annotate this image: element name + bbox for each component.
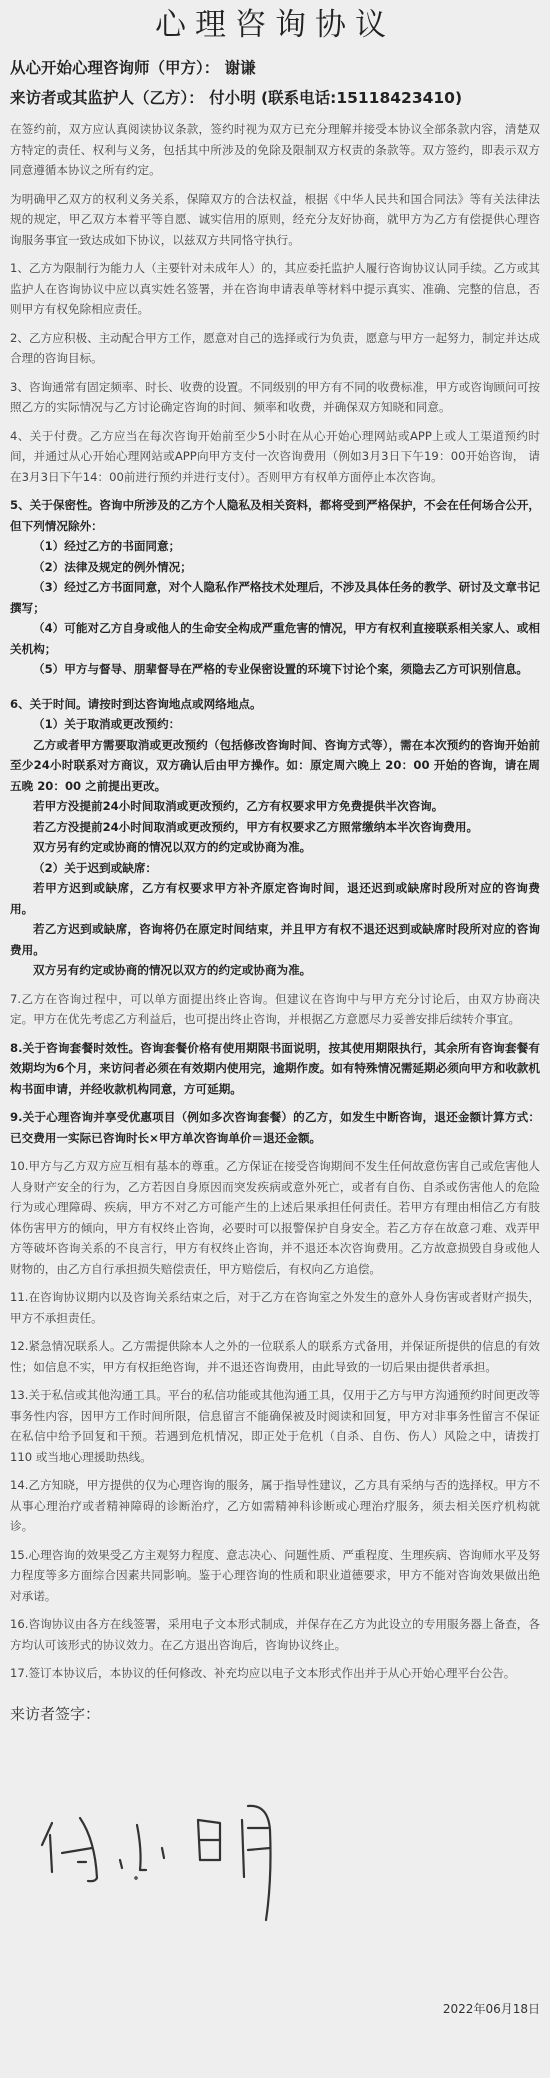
clause-6-sub1-paragraph: 双方另有约定或协商的情况以双方的约定或协商为准。	[10, 837, 540, 858]
clause-5-item: （5）甲方与督导、朋辈督导在严格的专业保密设置的环境下讨论个案，须隐去乙方可识别…	[10, 659, 540, 680]
party-b-client: 来访者或其监护人（乙方）： 付小明 (联系电话:15118423410)	[10, 88, 540, 108]
clause-10: 10.甲方与乙方双方应互相有基本的尊重。乙方保证在接受咨询期间不发生任何故意伤害…	[10, 1156, 540, 1279]
clause-3: 3、咨询通常有固定频率、时长、收费的设置。不同级别的甲方有不同的收费标准，甲方或…	[10, 377, 540, 418]
clause-6-sub2-title: （2）关于迟到或缺席：	[10, 858, 540, 879]
signature-date: 2022年06月18日	[443, 2000, 540, 2017]
clause-5-confidentiality: 5、关于保密性。咨询中所涉及的乙方个人隐私及相关资料，都将受到严格保护，不会在任…	[10, 495, 540, 680]
document-title: 心理咨询协议	[10, 0, 540, 47]
clause-17: 17.签订本协议后，本协议的任何修改、补充均应以电子文本形式作出并于从心开始心理…	[10, 1663, 540, 1684]
clause-1: 1、乙方为限制行为能力人（主要针对未成年人）的，其应委托监护人履行咨询协议认同手…	[10, 258, 540, 320]
clause-8: 8.关于咨询套餐时效性。咨询套餐价格有使用期限书面说明，按其使用期限执行，其余所…	[10, 1038, 540, 1100]
clause-7: 7.乙方在咨询过程中，可以单方面提出终止咨询。但建议在咨询中与甲方充分讨论后，由…	[10, 989, 540, 1030]
clause-13: 13.关于私信或其他沟通工具。平台的私信功能或其他沟通工具，仅用于乙方与甲方沟通…	[10, 1385, 540, 1467]
clause-9: 9.关于心理咨询并享受优惠项目（例如多次咨询套餐）的乙方，如发生中断咨询，退还金…	[10, 1107, 540, 1148]
clause-11: 11.在咨询协议期内以及咨询关系结束之后，对于乙方在咨询室之外发生的意外人身伤害…	[10, 1287, 540, 1328]
clause-2: 2、乙方应积极、主动配合甲方工作，愿意对自己的选择或行为负责，愿意与甲方一起努力…	[10, 328, 540, 369]
clause-6-sub2-paragraph: 双方另有约定或协商的情况以双方的约定或协商为准。	[10, 960, 540, 981]
clause-6-sub1-paragraph: 若乙方没提前24小时间取消或更改预约，甲方有权要求乙方照常缴纳本半次咨询费用。	[10, 817, 540, 838]
clause-12: 12.紧急情况联系人。乙方需提供除本人之外的一位联系人的联系方式备用，并保证所提…	[10, 1336, 540, 1377]
clause-4: 4、关于付费。乙方应当在每次咨询开始前至少5小时在从心开始心理网站或APP上或人…	[10, 426, 540, 488]
clause-14: 14.乙方知晓，甲方提供的仅为心理咨询的服务，属于指导性建议，乙方具有采纳与否的…	[10, 1475, 540, 1537]
intro-paragraph-1: 在签约前，双方应认真阅读协议条款，签约时视为双方已充分理解并接受本协议全部条款内…	[10, 119, 540, 181]
clause-6-sub2-paragraph: 若甲方迟到或缺席，乙方有权要求甲方补齐原定咨询时间，退还迟到或缺席时段所对应的咨…	[10, 878, 540, 919]
intro-paragraph-2: 为明确甲乙双方的权利义务关系，保障双方的合法权益，根据《中华人民共和国合同法》等…	[10, 189, 540, 251]
clause-15: 15.心理咨询的效果受乙方主观努力程度、意志决心、问题性质、严重程度、生理疾病、…	[10, 1545, 540, 1607]
clause-6-sub2-paragraph: 若乙方迟到或缺席，咨询将仍在原定时间结束，并且甲方有权不退还迟到或缺席时段所对应…	[10, 919, 540, 960]
clause-5-item: （1）经过乙方的书面同意；	[10, 536, 540, 557]
handwritten-signature	[0, 1790, 550, 1950]
clause-5-item: （2）法律及规定的例外情况；	[10, 557, 540, 578]
clause-6-sub1-paragraph: 若甲方没提前24小时间取消或更改预约，乙方有权要求甲方免费提供半次咨询。	[10, 796, 540, 817]
clause-6-time: 6、关于时间。请按时到达咨询地点或网络地点。 （1）关于取消或更改预约： 乙方或…	[10, 694, 540, 981]
party-a-counselor: 从心开始心理咨询师（甲方）： 谢谦	[10, 58, 540, 78]
clause-6-heading: 6、关于时间。请按时到达咨询地点或网络地点。	[10, 694, 540, 715]
signature-label: 来访者签字：	[10, 1702, 540, 1726]
clause-6-sub1-title: （1）关于取消或更改预约：	[10, 714, 540, 735]
agreement-document: 心理咨询协议 从心开始心理咨询师（甲方）： 谢谦 来访者或其监护人（乙方）： 付…	[0, 0, 550, 1726]
clause-5-item: （3）经过乙方书面同意，对个人隐私作严格技术处理后，不涉及具体任务的教学、研讨及…	[10, 577, 540, 618]
clause-5-item: （4）可能对乙方自身或他人的生命安全构成严重危害的情况，甲方有权利直接联系相关家…	[10, 618, 540, 659]
clause-16: 16.咨询协议由各方在线签署，采用电子文本形式制成，并保存在乙方为此设立的专用服…	[10, 1614, 540, 1655]
clause-6-sub1-paragraph: 乙方或者甲方需要取消或更改预约（包括修改咨询时间、咨询方式等），需在本次预约的咨…	[10, 735, 540, 797]
clause-5-heading: 5、关于保密性。咨询中所涉及的乙方个人隐私及相关资料，都将受到严格保护，不会在任…	[10, 495, 540, 536]
